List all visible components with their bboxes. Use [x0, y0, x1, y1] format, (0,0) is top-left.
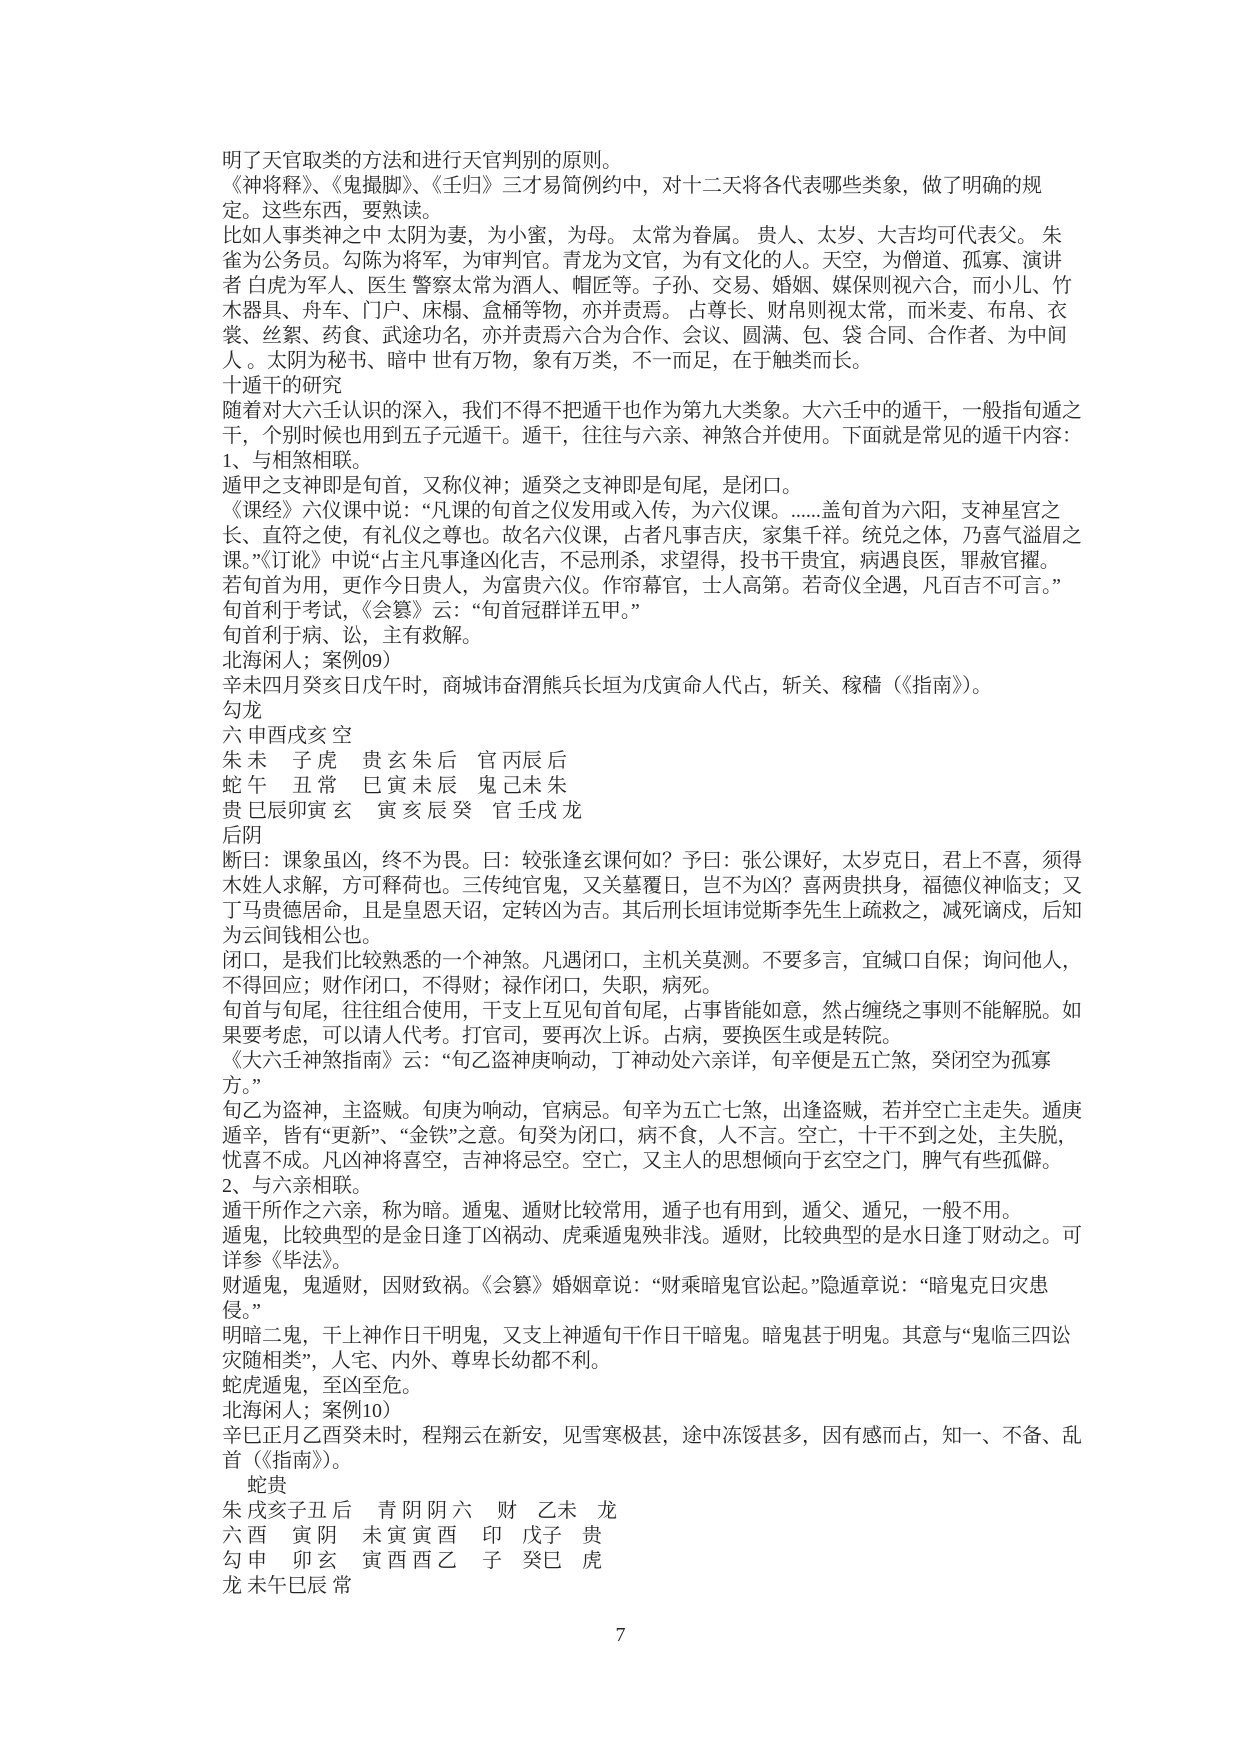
text-line: 遁鬼，比较典型的是金日逢丁凶祸动、虎乘遁鬼殃非浅。遁财，比较典型的是水日逢丁财动… — [222, 1224, 1082, 1249]
text-line: 六 酉 寅 阴 未 寅 寅 酉 印 戊子 贵 — [222, 1524, 1082, 1549]
text-line: 六 申酉戌亥 空 — [222, 724, 1082, 749]
text-line: 2、与六亲相联。 — [222, 1174, 1082, 1199]
text-line: 详参《毕法》。 — [222, 1249, 1082, 1274]
text-line: 勾 申 卯 玄 寅 酉 酉 乙 子 癸巳 虎 — [222, 1549, 1082, 1574]
text-line: 比如人事类神之中 太阴为妻，为小蜜，为母。 太常为眷属。 贵人、太岁、大吉均可代… — [222, 224, 1082, 249]
text-line: 勾龙 — [222, 699, 1082, 724]
page-footer: 7 — [0, 1624, 1241, 1647]
text-line: 裳、丝絮、药食、武途功名，亦并责焉六合为合作、会议、圆满、包、袋 合同、合作者、… — [222, 324, 1082, 349]
text-line: 课。”《订讹》中说“占主凡事逢凶化吉，不忌刑杀，求望得，投书干贵宜，病遇良医，罪… — [222, 549, 1082, 574]
text-line: 为云间钱相公也。 — [222, 924, 1082, 949]
text-line: 若旬首为用，更作今日贵人，为富贵六仪。作帘幕官，士人高第。若奇仪全遇，凡百吉不可… — [222, 574, 1082, 599]
text-line: 旬首与旬尾，往往组合使用，干支上互见旬首旬尾，占事皆能如意，然占缠绕之事则不能解… — [222, 999, 1082, 1024]
text-line: 朱 戌亥子丑 后 青 阴 阴 六 财 乙未 龙 — [222, 1499, 1082, 1524]
text-line: 者 白虎为军人、医生 警察太常为酒人、帽匠等。子孙、交易、婚姻、媒保则视六合，而… — [222, 274, 1082, 299]
document-page: 明了天官取类的方法和进行天官判别的原则。《神将释》、《鬼撮脚》、《壬归》三才易简… — [0, 0, 1241, 1754]
text-line: 明暗二鬼，干上神作日干明鬼，又支上神遁旬干作日干暗鬼。暗鬼甚于明鬼。其意与“鬼临… — [222, 1324, 1082, 1349]
text-line: 朱 未 子 虎 贵 玄 朱 后 官 丙辰 后 — [222, 749, 1082, 774]
text-line: 不得回应；财作闭口，不得财；禄作闭口，失职，病死。 — [222, 974, 1082, 999]
text-line: 侵。” — [222, 1299, 1082, 1324]
text-line: 丁马贵德居命，且是皇恩天诏，定转凶为吉。其后刑长垣讳觉斯李先生上疏救之，减死谪戍… — [222, 899, 1082, 924]
text-line: 方。” — [222, 1074, 1082, 1099]
text-line: 《大六壬神煞指南》云：“旬乙盗神庚响动，丁神动处六亲详，旬辛便是五亡煞，癸闭空为… — [222, 1049, 1082, 1074]
text-line: 忧喜不成。凡凶神将喜空，吉神将忌空。空亡，又主人的思想倾向于玄空之门，脾气有些孤… — [222, 1149, 1082, 1174]
text-line: 人 。太阴为秘书、暗中 世有万物，象有万类，不一而足，在于触类而长。 — [222, 349, 1082, 374]
text-line: 灾随相类”，人宅、内外、尊卑长幼都不利。 — [222, 1349, 1082, 1374]
text-line: 旬乙为盗神，主盗贼。旬庚为响动，官病忌。旬辛为五亡七煞，出逢盗贼，若并空亡主走失… — [222, 1099, 1082, 1124]
text-line: 北海闲人；案例10） — [222, 1399, 1082, 1424]
text-line: 《神将释》、《鬼撮脚》、《壬归》三才易简例约中，对十二天将各代表哪些类象，做了明… — [222, 174, 1082, 199]
text-line: 木器具、舟车、门户、床榻、盒桶等物，亦并责焉。 占尊长、财帛则视太常，而米麦、布… — [222, 299, 1082, 324]
text-line: 辛巳正月乙酉癸未时，程翔云在新安，见雪寒极甚，途中冻馁甚多，因有感而占，知一、不… — [222, 1424, 1082, 1449]
text-line: 财遁鬼，鬼遁财，因财致祸。《会篡》婚姻章说：“财乘暗鬼官讼起。”隐遁章说：“暗鬼… — [222, 1274, 1082, 1299]
text-line: 遁辛，皆有“更新”、“金铁”之意。旬癸为闭口，病不食，人不言。空亡，十干不到之处… — [222, 1124, 1082, 1149]
text-line: 辛未四月癸亥日戊午时，商城讳奋渭熊兵长垣为戊寅命人代占，斩关、稼穑（《指南》）。 — [222, 674, 1082, 699]
text-line: 首（《指南》）。 — [222, 1449, 1082, 1474]
text-line: 随着对大六壬认识的深入，我们不得不把遁干也作为第九大类象。大六壬中的遁干，一般指… — [222, 399, 1082, 424]
text-line: 旬首利于病、讼，主有救解。 — [222, 624, 1082, 649]
text-line: 木姓人求解，方可释荷也。三传纯官鬼，又关墓覆日，岂不为凶？喜两贵拱身，福德仪神临… — [222, 874, 1082, 899]
text-line: 龙 未午巳辰 常 — [222, 1574, 1082, 1599]
document-body: 明了天官取类的方法和进行天官判别的原则。《神将释》、《鬼撮脚》、《壬归》三才易简… — [222, 149, 1082, 1599]
text-line: 蛇 午 丑 常 巳 寅 未 辰 鬼 己未 朱 — [222, 774, 1082, 799]
text-line: 北海闲人；案例09） — [222, 649, 1082, 674]
text-line: 后阴 — [222, 824, 1082, 849]
text-line: 蛇虎遁鬼，至凶至危。 — [222, 1374, 1082, 1399]
text-line: 果要考虑，可以请人代考。打官司，要再次上诉。占病，要换医生或是转院。 — [222, 1024, 1082, 1049]
text-line: 1、与相煞相联。 — [222, 449, 1082, 474]
text-line: 遁干所作之六亲，称为暗。遁鬼、遁财比较常用，遁子也有用到，遁父、遁兄，一般不用。 — [222, 1199, 1082, 1224]
page-number: 7 — [616, 1624, 626, 1646]
text-line: 雀为公务员。勾陈为将军，为审判官。青龙为文官，为有文化的人。天空，为僧道、孤寡、… — [222, 249, 1082, 274]
text-line: 遁甲之支神即是旬首，又称仪神；遁癸之支神即是旬尾，是闭口。 — [222, 474, 1082, 499]
text-line: 闭口，是我们比较熟悉的一个神煞。凡遇闭口，主机关莫测。不要多言，宜缄口自保；询问… — [222, 949, 1082, 974]
text-line: 断曰：课象虽凶，终不为畏。曰：较张逢玄课何如？予曰：张公课好，太岁克日，君上不喜… — [222, 849, 1082, 874]
text-line: 干，个别时候也用到五子元遁干。遁干，往往与六亲、神煞合并使用。下面就是常见的遁干… — [222, 424, 1082, 449]
text-line: 十遁干的研究 — [222, 374, 1082, 399]
text-line: 贵 巳辰卯寅 玄 寅 亥 辰 癸 官 壬戌 龙 — [222, 799, 1082, 824]
text-line: 《课经》六仪课中说：“凡课的旬首之仪发用或入传，为六仪课。......盖旬首为六… — [222, 499, 1082, 524]
text-line: 定。这些东西，要熟读。 — [222, 199, 1082, 224]
text-line: 长、直符之使，有礼仪之尊也。故名六仪课，占者凡事吉庆，家集千祥。统兑之体，乃喜气… — [222, 524, 1082, 549]
text-line: 旬首利于考试，《会篡》云：“旬首冠群详五甲。” — [222, 599, 1082, 624]
text-line: 蛇贵 — [222, 1474, 1082, 1499]
text-line: 明了天官取类的方法和进行天官判别的原则。 — [222, 149, 1082, 174]
